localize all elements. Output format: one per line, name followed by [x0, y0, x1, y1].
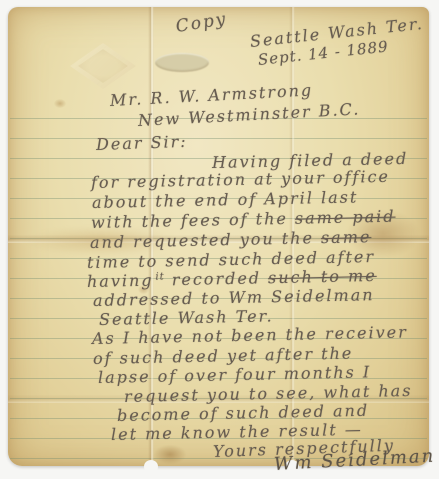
- embossed-diamond-seal-inner-icon: [78, 49, 128, 83]
- letter-paper: [8, 7, 429, 466]
- paper-edge-notch: [285, 460, 299, 473]
- paper-edge-notch: [144, 460, 158, 473]
- ruled-lines: [10, 99, 427, 461]
- embossed-oval-stamp-icon: [155, 53, 209, 72]
- scan-background: Copy Seattle Wash Ter. Sept. 14 - 1889 M…: [0, 0, 439, 479]
- fold-crease-horizontal-upper: [8, 235, 429, 243]
- fold-crease-horizontal-lower: [8, 395, 429, 403]
